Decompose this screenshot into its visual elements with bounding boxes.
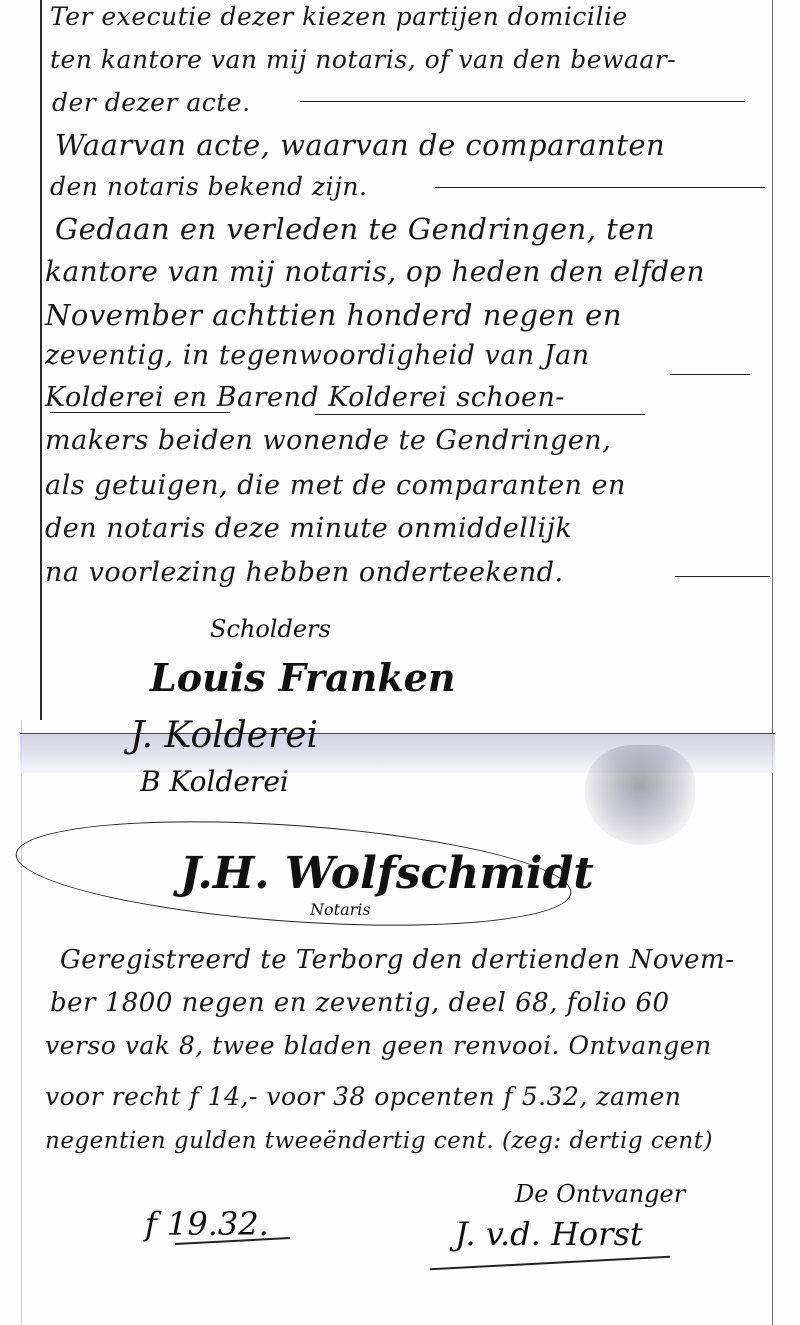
ink-smudge: [585, 745, 695, 845]
body-line-3: der dezer acte.: [52, 88, 251, 117]
registration-line-4: voor recht f 14,- voor 38 opcenten f 5.3…: [45, 1082, 681, 1111]
total-amount: f 19.32.: [145, 1205, 269, 1243]
left-margin-line: [40, 0, 42, 720]
body-line-7: kantore van mij notaris, op heden den el…: [45, 255, 705, 288]
body-line-11: makers beiden wonende te Gendringen,: [45, 425, 611, 456]
body-line-4: Waarvan acte, waarvan de comparanten: [55, 128, 665, 162]
receiver-label: De Ontvanger: [515, 1180, 685, 1208]
signature-party-1: Scholders: [210, 615, 331, 643]
name-underline: [315, 414, 645, 415]
receiver-signature: J. v.d. Horst: [455, 1215, 643, 1253]
line-filler-dash: [300, 101, 745, 102]
body-line-5: den notaris bekend zijn.: [50, 172, 367, 201]
notary-title: Notaris: [310, 900, 371, 919]
registration-line-1: Geregistreerd te Terborg den dertienden …: [60, 945, 735, 975]
body-line-14: na voorlezing hebben onderteekend.: [45, 557, 564, 588]
signature-notary: J.H. Wolfschmidt: [180, 848, 594, 899]
signature-witness-1: J. Kolderei: [130, 715, 318, 756]
registration-line-3: verso vak 8, twee bladen geen renvooi. O…: [45, 1031, 712, 1060]
line-filler-dash: [435, 187, 765, 188]
body-line-10: Kolderei en Barend Kolderei schoen-: [45, 382, 565, 413]
name-underline: [670, 374, 750, 375]
body-line-8: November achttien honderd negen en: [45, 298, 622, 332]
body-line-9: zeventig, in tegenwoordigheid van Jan: [45, 340, 590, 371]
name-underline: [50, 412, 230, 413]
body-line-6: Gedaan en verleden te Gendringen, ten: [55, 212, 655, 246]
document-page: Ter executie dezer kiezen partijen domic…: [0, 0, 800, 1325]
registration-line-5: negentien gulden tweeëndertig cent. (zeg…: [45, 1128, 713, 1154]
signature-party-2: Louis Franken: [150, 655, 455, 700]
left-page-edge: [21, 720, 22, 1325]
right-margin-line: [772, 0, 773, 1325]
line-filler-dash: [675, 576, 770, 577]
body-line-2: ten kantore van mij notaris, of van den …: [50, 45, 676, 74]
receiver-underline: [430, 1256, 670, 1270]
body-line-1: Ter executie dezer kiezen partijen domic…: [50, 2, 628, 31]
body-line-12: als getuigen, die met de comparanten en: [45, 470, 626, 501]
signature-witness-2: B Kolderei: [140, 765, 289, 798]
registration-line-2: ber 1800 negen en zeventig, deel 68, fol…: [50, 988, 670, 1018]
body-line-13: den notaris deze minute onmiddellijk: [45, 513, 572, 544]
